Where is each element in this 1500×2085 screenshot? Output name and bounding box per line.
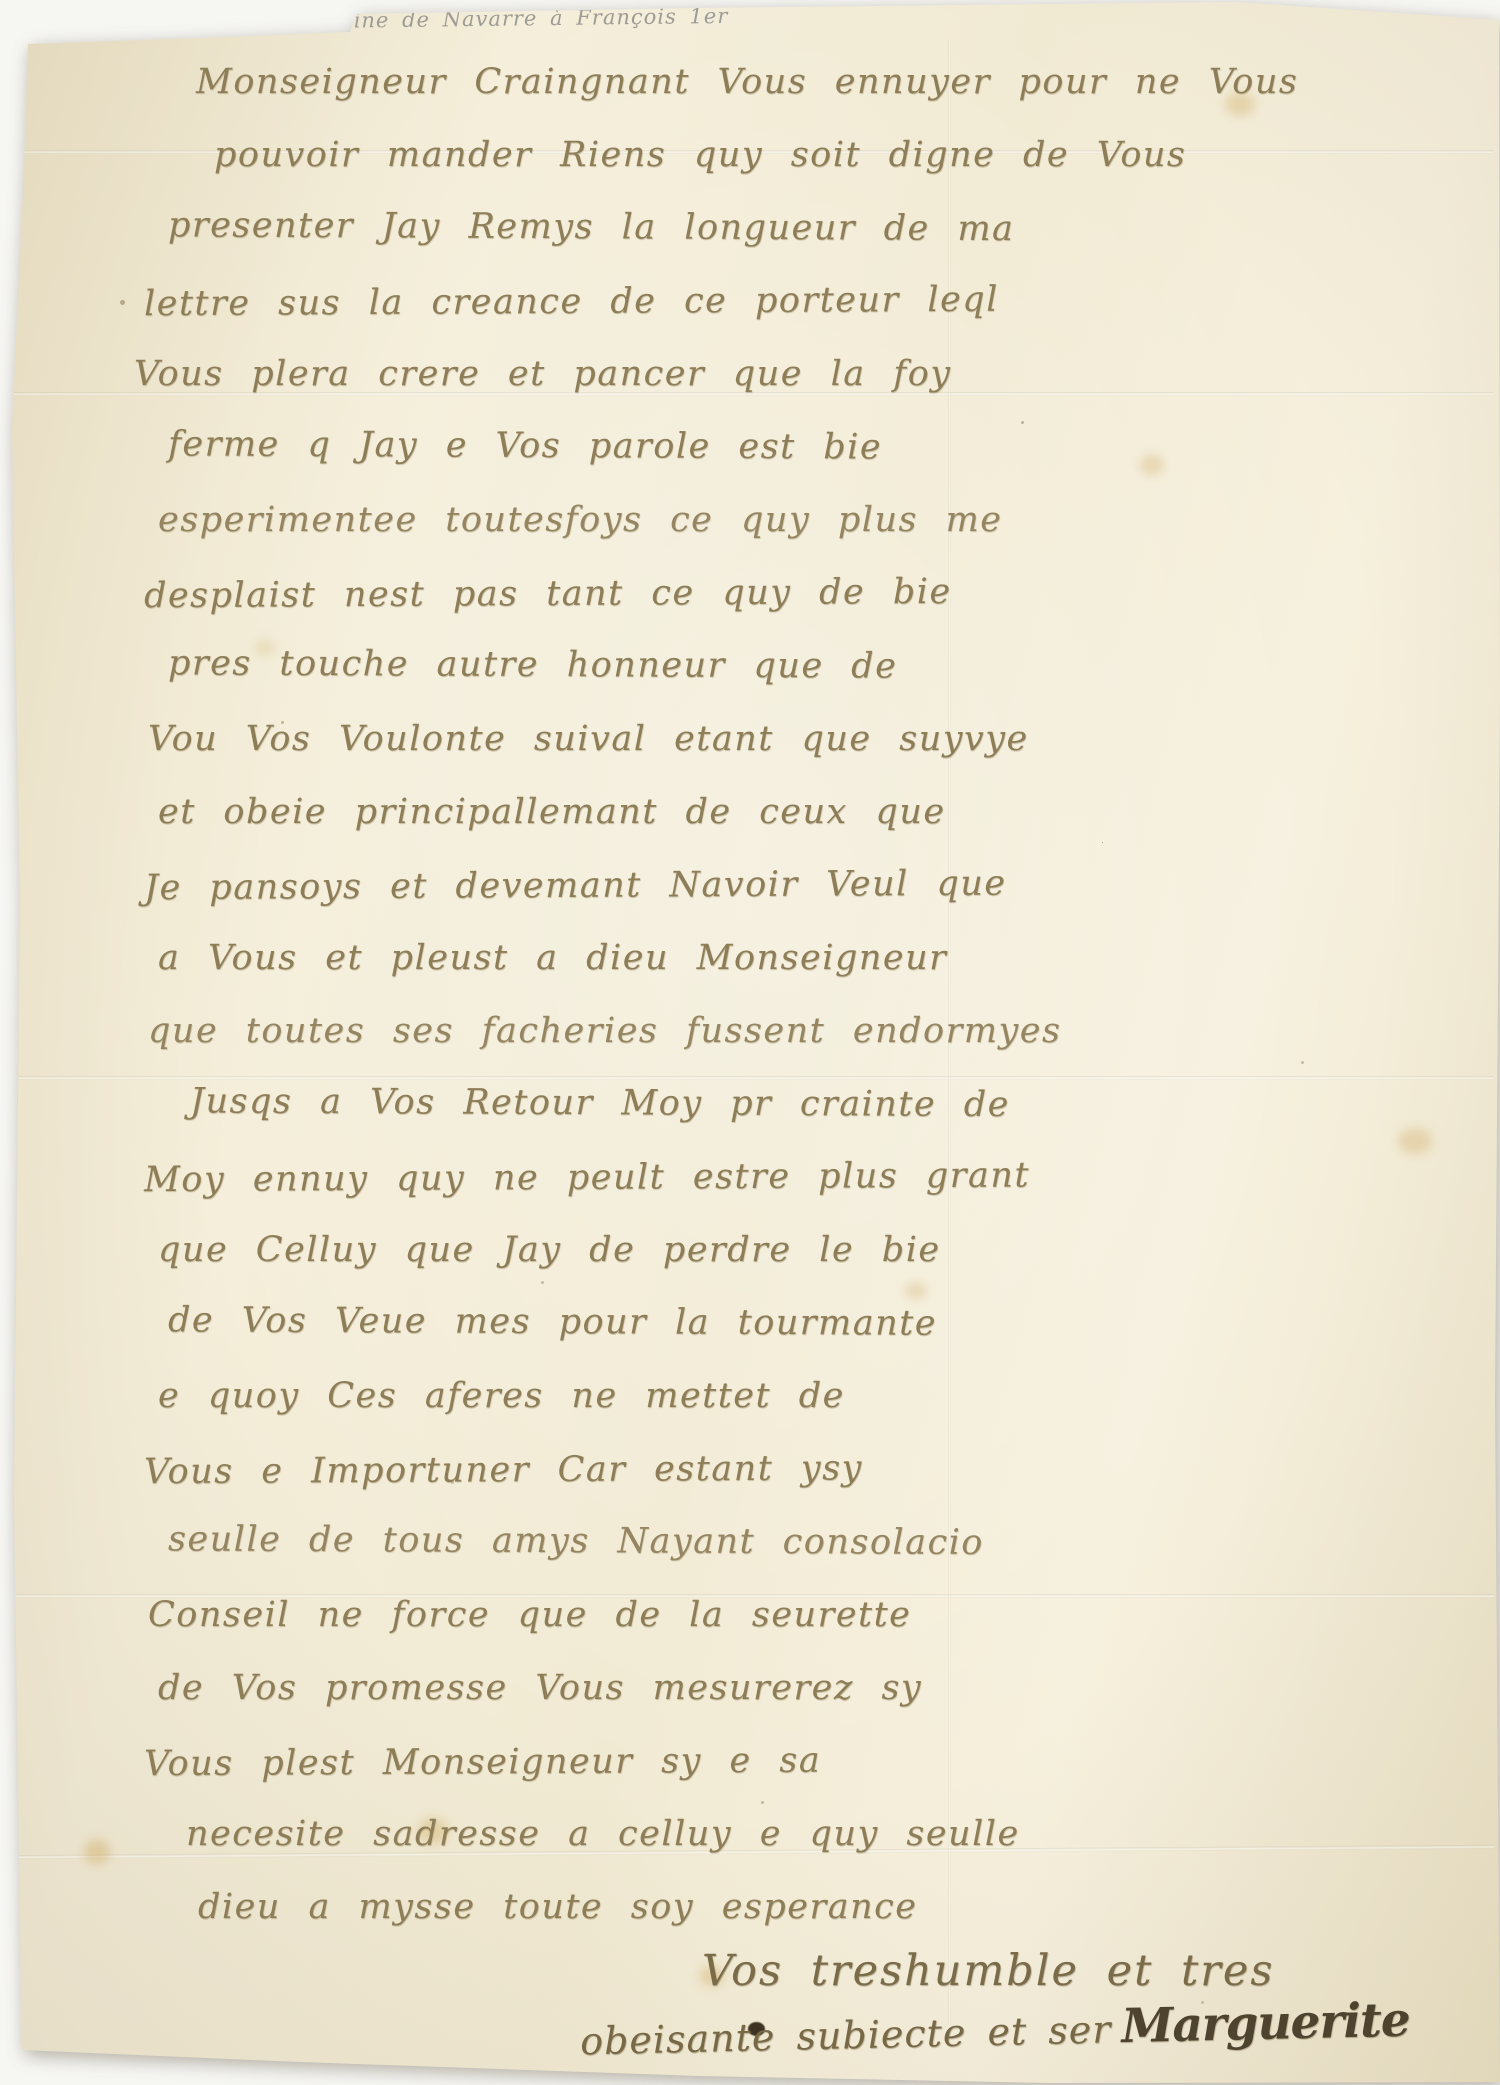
closing-text: obeisante subiecte et ser (580, 2007, 1112, 2063)
edge-damage (2, 425, 8, 459)
letter-line: necesite sadresse a celluy e quy seulle (186, 1798, 1358, 1871)
letter-line: Vous e Importuner Car estant ysy (144, 1430, 1358, 1509)
closing-block: Vos treshumble et tres obeisante subiect… (580, 1946, 1410, 2057)
letter-line: dieu a mysse toute soy esperance (198, 1871, 1358, 1944)
letter-line: esperimentee toutesfoys ce quy plus me (158, 484, 1358, 557)
letter-body: Monseigneur Craingnant Vous ennuyer pour… (148, 46, 1358, 1944)
signature: Marguerite (1121, 1993, 1411, 2055)
letter-line: de Vos Veue mes pour la tourmante (168, 1284, 1358, 1362)
scanned-letter: Marguerite de Valois, reine de Navarre à… (0, 0, 1500, 2085)
closing-line: Vos treshumble et tres (702, 1946, 1410, 1996)
closing-line: obeisante subiecte et serMarguerite (579, 1993, 1410, 2067)
letter-line: ferme q Jay e Vos parole est bie (168, 408, 1358, 486)
letter-line: presenter Jay Remys la longueur de ma (168, 189, 1358, 267)
letter-line: desplaist nest pas tant ce quy de bie (144, 554, 1358, 633)
paper-sheet: Marguerite de Valois, reine de Navarre à… (0, 0, 1500, 2085)
letter-line: Conseil ne force que de la seurette (148, 1579, 1358, 1652)
foxing-stain (1398, 1128, 1432, 1154)
ink-specks (120, 300, 125, 305)
letter-line: lettre sus la creance de ce porteur leql (144, 262, 1358, 341)
letter-line: a Vous et pleust a dieu Monseigneur (158, 922, 1358, 995)
letter-line: pouvoir mander Riens quy soit digne de V… (214, 119, 1358, 192)
letter-line: que Celluy que Jay de perdre le bie (158, 1214, 1358, 1287)
letter-line: Vou Vos Voulonte suival etant que suyvye (148, 703, 1358, 776)
letter-line: e quoy Ces aferes ne mettet de (158, 1360, 1358, 1433)
archivist-pencil-annotation: Marguerite de Valois, reine de Navarre à… (56, 4, 729, 36)
letter-line: de Vos promesse Vous mesurerez sy (158, 1652, 1358, 1725)
letter-line: seulle de tous amys Nayant consolacio (168, 1503, 1358, 1581)
foxing-stain (84, 1840, 110, 1864)
letter-line: Jusqs a Vos Retour Moy pr crainte de (190, 1065, 1358, 1143)
letter-line: Monseigneur Craingnant Vous ennuyer pour… (196, 46, 1358, 119)
letter-line: Je pansoys et devemant Navoir Veul que (144, 846, 1358, 925)
page-edge-shadow (92, 1, 834, 3)
edge-damage (0, 186, 7, 236)
letter-line: Moy ennuy quy ne peult estre plus grant (144, 1138, 1358, 1217)
letter-line: Vous plest Monseigneur sy e sa (144, 1722, 1358, 1801)
edge-mark (800, 0, 848, 6)
letter-line: Vous plera crere et pancer que la foy (134, 338, 1358, 411)
edge-damage (8, 46, 17, 90)
letter-line: que toutes ses facheries fussent endormy… (148, 995, 1358, 1068)
letter-line: et obeie principallemant de ceux que (158, 776, 1358, 849)
letter-line: pres touche autre honneur que de (168, 627, 1358, 705)
